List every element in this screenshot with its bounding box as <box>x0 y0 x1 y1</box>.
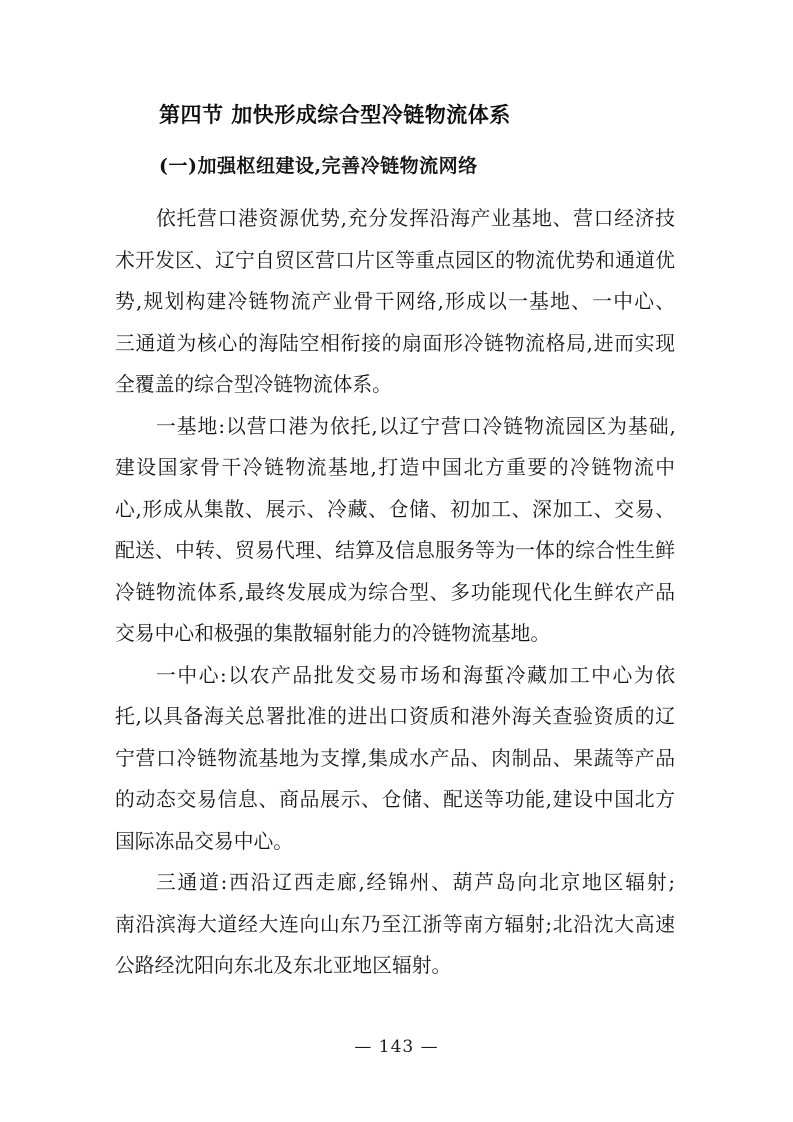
paragraph-line: 交易中心和极强的集散辐射能力的冷链物流基地。 <box>115 613 675 655</box>
subsection-heading: (一)加强枢纽建设,完善冷链物流网络 <box>159 152 675 180</box>
paragraph-line: 建设国家骨干冷链物流基地,打造中国北方重要的冷链物流中 <box>115 447 675 489</box>
document-content: 第四节 加快形成综合型冷链物流体系 (一)加强枢纽建设,完善冷链物流网络 依托营… <box>115 100 675 987</box>
paragraph-line: 一中心:以农产品批发交易市场和海蜇冷藏加工中心为依 <box>115 655 675 697</box>
paragraph-line: 国际冻品交易中心。 <box>115 821 675 863</box>
paragraph-line: 托,以具备海关总署批准的进出口资质和港外海关查验资质的辽 <box>115 696 675 738</box>
section-heading: 第四节 加快形成综合型冷链物流体系 <box>159 100 675 130</box>
page-footer: — 143 — <box>0 1034 793 1060</box>
paragraph-line: 公路经沈阳向东北及东北亚地区辐射。 <box>115 945 675 987</box>
body-paragraph: 依托营口港资源优势,充分发挥沿海产业基地、营口经济技 术开发区、辽宁自贸区营口片… <box>115 198 675 406</box>
paragraph-line: 配送、中转、贸易代理、结算及信息服务等为一体的综合性生鲜 <box>115 530 675 572</box>
paragraph-line: 的动态交易信息、商品展示、仓储、配送等功能,建设中国北方 <box>115 779 675 821</box>
paragraph-line: 冷链物流体系,最终发展成为综合型、多功能现代化生鲜农产品 <box>115 572 675 614</box>
paragraph-line: 一基地:以营口港为依托,以辽宁营口冷链物流园区为基础, <box>115 406 675 448</box>
paragraph-line: 全覆盖的综合型冷链物流体系。 <box>115 364 675 406</box>
paragraph-line: 势,规划构建冷链物流产业骨干网络,形成以一基地、一中心、 <box>115 281 675 323</box>
paragraph-line: 依托营口港资源优势,充分发挥沿海产业基地、营口经济技 <box>115 198 675 240</box>
document-body: 依托营口港资源优势,充分发挥沿海产业基地、营口经济技 术开发区、辽宁自贸区营口片… <box>115 198 675 987</box>
paragraph-line: 三通道为核心的海陆空相衔接的扇面形冷链物流格局,进而实现 <box>115 323 675 365</box>
paragraph-line: 心,形成从集散、展示、冷藏、仓储、初加工、深加工、交易、 <box>115 489 675 531</box>
body-paragraph: 一中心:以农产品批发交易市场和海蜇冷藏加工中心为依 托,以具备海关总署批准的进出… <box>115 655 675 863</box>
document-page: 第四节 加快形成综合型冷链物流体系 (一)加强枢纽建设,完善冷链物流网络 依托营… <box>0 0 793 1122</box>
body-paragraph: 一基地:以营口港为依托,以辽宁营口冷链物流园区为基础, 建设国家骨干冷链物流基地… <box>115 406 675 655</box>
page-number: — 143 — <box>354 1037 438 1057</box>
paragraph-line: 三通道:西沿辽西走廊,经锦州、葫芦岛向北京地区辐射; <box>115 862 675 904</box>
paragraph-line: 宁营口冷链物流基地为支撑,集成水产品、肉制品、果蔬等产品 <box>115 738 675 780</box>
paragraph-line: 术开发区、辽宁自贸区营口片区等重点园区的物流优势和通道优 <box>115 240 675 282</box>
paragraph-line: 南沿滨海大道经大连向山东乃至江浙等南方辐射;北沿沈大高速 <box>115 904 675 946</box>
body-paragraph: 三通道:西沿辽西走廊,经锦州、葫芦岛向北京地区辐射; 南沿滨海大道经大连向山东乃… <box>115 862 675 987</box>
